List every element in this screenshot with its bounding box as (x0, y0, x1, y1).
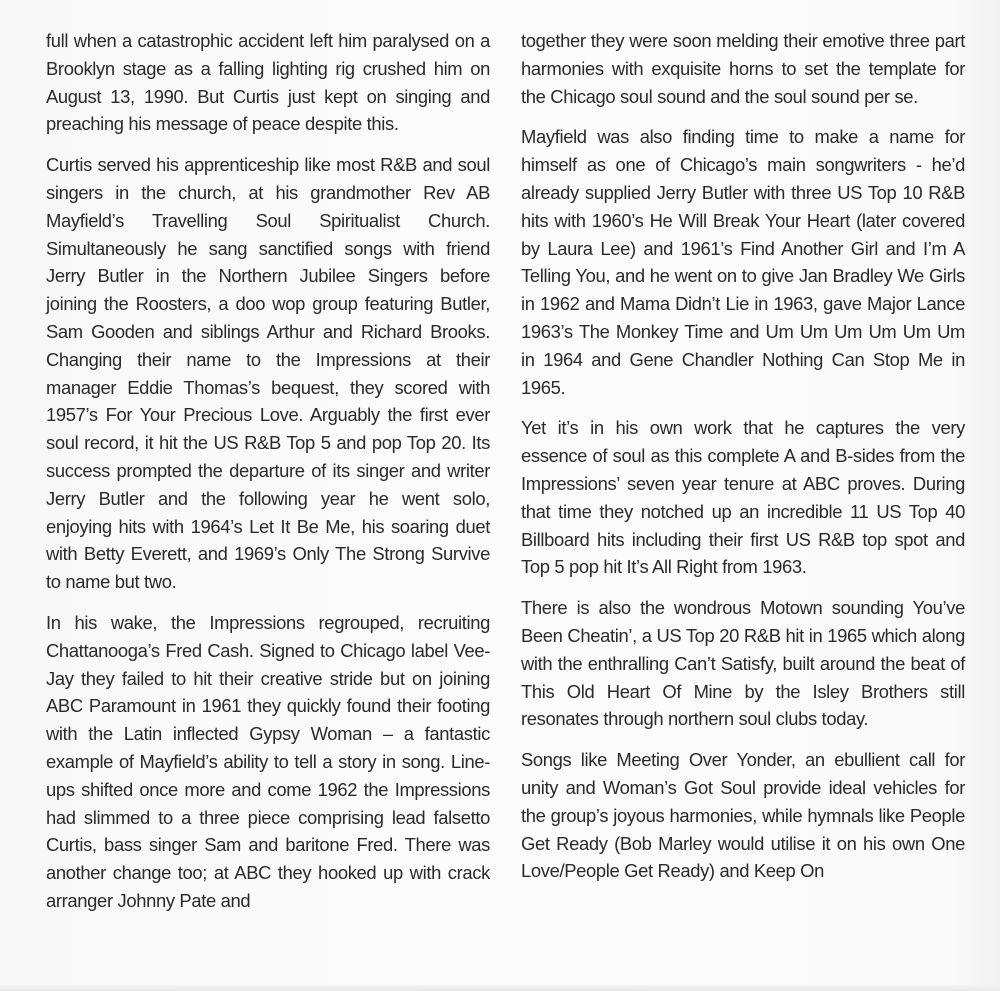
paragraph: Songs like Meeting Over Yonder, an ebull… (521, 746, 965, 885)
paragraph: In his wake, the Impressions regrouped, … (46, 609, 490, 915)
paragraph: There is also the wondrous Motown soundi… (521, 594, 965, 733)
left-text-column: full when a catastrophic accident left h… (46, 27, 490, 928)
right-text-column: together they were soon melding their em… (521, 27, 965, 898)
page-bottom-edge (0, 985, 1000, 991)
paragraph: together they were soon melding their em… (521, 27, 965, 110)
paragraph: Curtis served his apprenticeship like mo… (46, 151, 490, 596)
paragraph: Mayfield was also finding time to make a… (521, 123, 965, 401)
paragraph: Yet it’s in his own work that he capture… (521, 414, 965, 581)
paragraph: full when a catastrophic accident left h… (46, 27, 490, 138)
booklet-page: full when a catastrophic accident left h… (0, 0, 1000, 991)
